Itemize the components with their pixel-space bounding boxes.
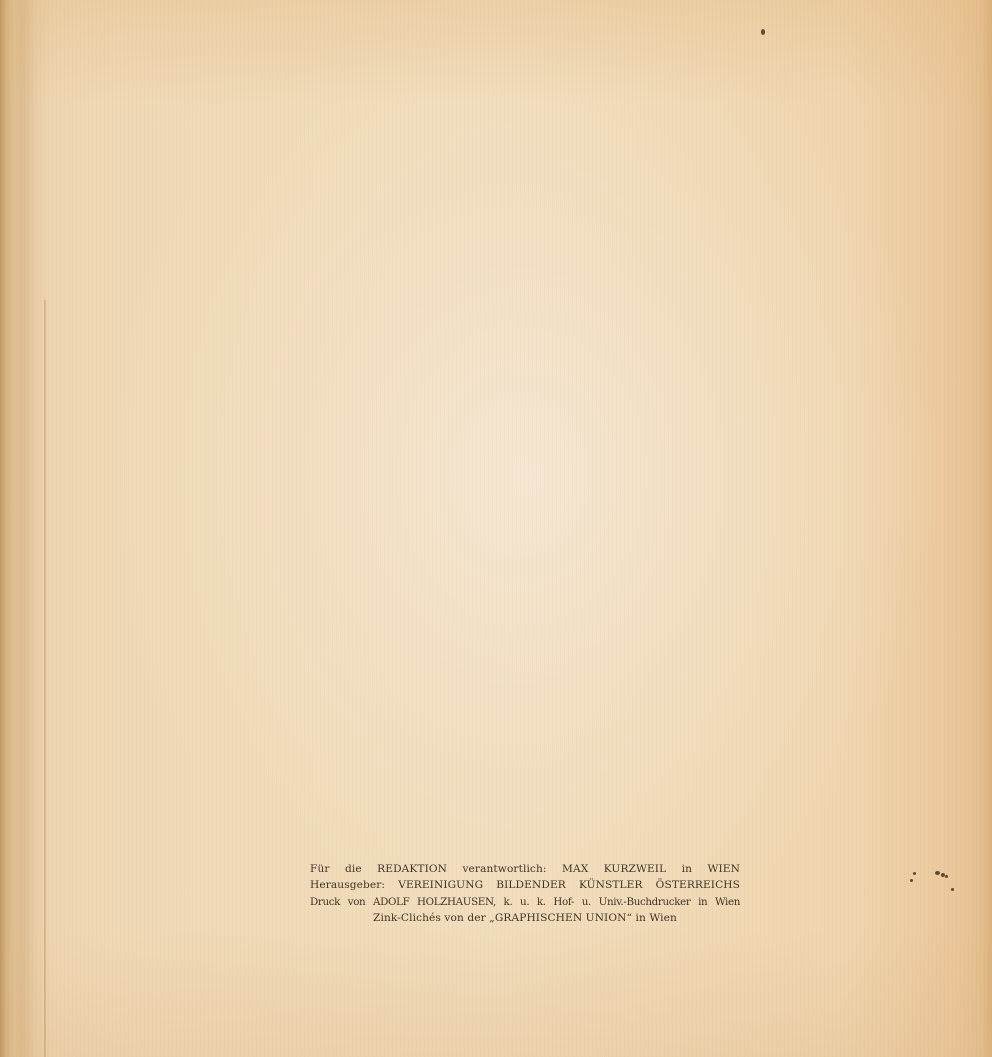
- foxing-spot: [913, 872, 916, 875]
- imprint-printer-line: Druck von ADOLF HOLZHAUSEN, k. u. k. Hof…: [310, 894, 740, 910]
- foxing-spot: [935, 871, 940, 875]
- spine-edge: [0, 0, 60, 1057]
- document-page: Für die REDAKTION verantwortlich: MAX KU…: [0, 0, 992, 1057]
- right-page-edge: [982, 0, 992, 1057]
- foxing-spot: [761, 29, 765, 35]
- imprint-editor-line: Für die REDAKTION verantwortlich: MAX KU…: [310, 861, 740, 877]
- imprint-cliches-line: Zink-Clichés von der „GRAPHISCHEN UNION“…: [310, 910, 740, 926]
- foxing-spot: [910, 879, 913, 882]
- foxing-spot: [945, 875, 948, 878]
- colophon-imprint: Für die REDAKTION verantwortlich: MAX KU…: [310, 861, 740, 927]
- spine-fold-line: [44, 300, 46, 1057]
- imprint-publisher-line: Herausgeber: VEREINIGUNG BILDENDER KÜNST…: [310, 877, 740, 893]
- foxing-spot: [951, 888, 954, 891]
